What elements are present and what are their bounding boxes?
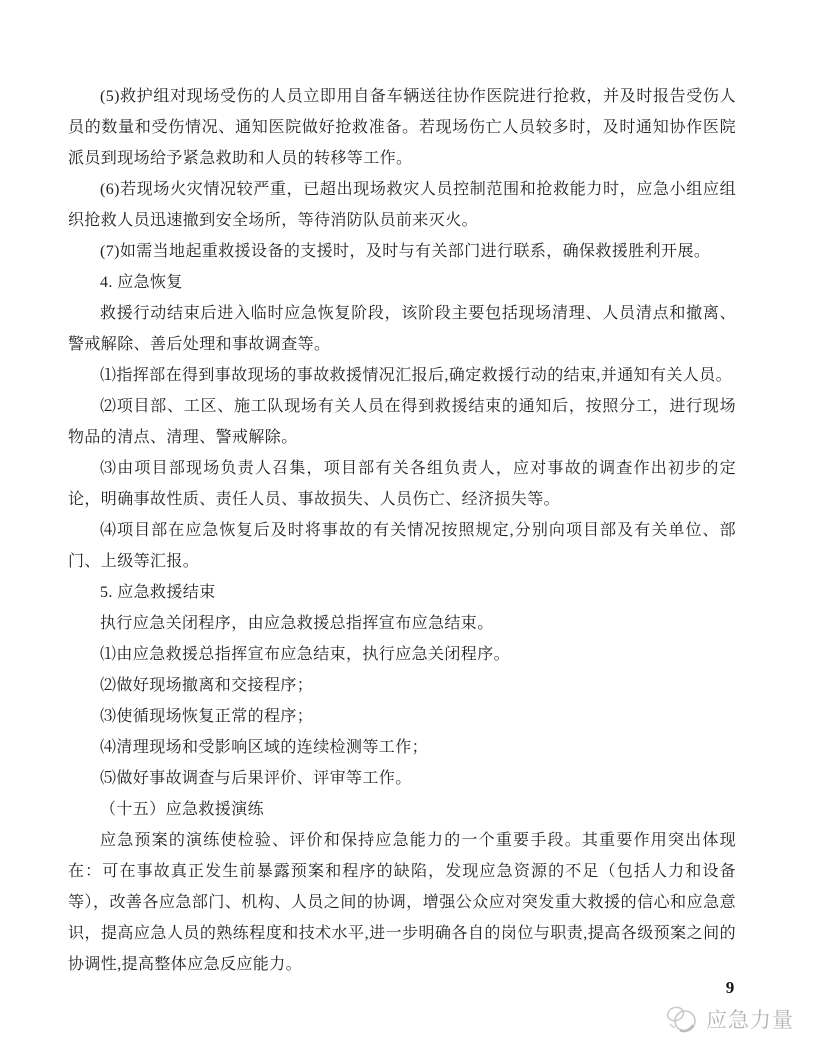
paragraph: (6)若现场火灾情况较严重，已超出现场救灾人员控制范围和抢救能力时，应急小组应组…: [68, 174, 736, 236]
paragraph: 执行应急关闭程序，由应急救援总指挥宣布应急结束。: [68, 608, 736, 639]
watermark-text: 应急力量: [706, 1004, 794, 1034]
paragraph: ⑵项目部、工区、施工队现场有关人员在得到救援结束的通知后，按照分工，进行现场物品…: [68, 391, 736, 453]
paragraph: ⑶由项目部现场负责人召集，项目部有关各组负责人，应对事故的调查作出初步的定论，明…: [68, 453, 736, 515]
paragraph: (7)如需当地起重救援设备的支援时，及时与有关部门进行联系，确保救援胜利开展。: [68, 236, 736, 267]
watermark: 应急力量: [666, 1004, 794, 1034]
paragraph: 救援行动结束后进入临时应急恢复阶段，该阶段主要包括现场清理、人员清点和撤离、警戒…: [68, 298, 736, 360]
paragraph: ⑴指挥部在得到事故现场的事故救援情况汇报后,确定救援行动的结束,并通知有关人员。: [68, 360, 736, 391]
section-heading: 5. 应急救援结束: [68, 577, 736, 608]
section-heading: （十五）应急救援演练: [68, 794, 736, 825]
paragraph: ⑶使循现场恢复正常的程序；: [68, 701, 736, 732]
page-number: 9: [718, 978, 742, 998]
paragraph: ⑷清理现场和受影响区域的连续检测等工作；: [68, 732, 736, 763]
document-body: (5)救护组对现场受伤的人员立即用自备车辆送往协作医院进行抢救，并及时报告受伤人…: [68, 81, 736, 980]
paragraph: (5)救护组对现场受伤的人员立即用自备车辆送往协作医院进行抢救，并及时报告受伤人…: [68, 81, 736, 174]
paragraph: ⑴由应急救援总指挥宣布应急结束，执行应急关闭程序。: [68, 639, 736, 670]
document-page: (5)救护组对现场受伤的人员立即用自备车辆送往协作医院进行抢救，并及时报告受伤人…: [0, 0, 816, 1056]
paragraph: ⑷项目部在应急恢复后及时将事故的有关情况按照规定,分别向项目部及有关单位、部门、…: [68, 515, 736, 577]
emergency-power-logo-icon: [666, 1004, 700, 1034]
section-heading: 4. 应急恢复: [68, 267, 736, 298]
paragraph: ⑵做好现场撤离和交接程序；: [68, 670, 736, 701]
paragraph: 应急预案的演练使检验、评价和保持应急能力的一个重要手段。其重要作用突出体现在：可…: [68, 825, 736, 980]
paragraph: ⑸做好事故调查与后果评价、评审等工作。: [68, 763, 736, 794]
